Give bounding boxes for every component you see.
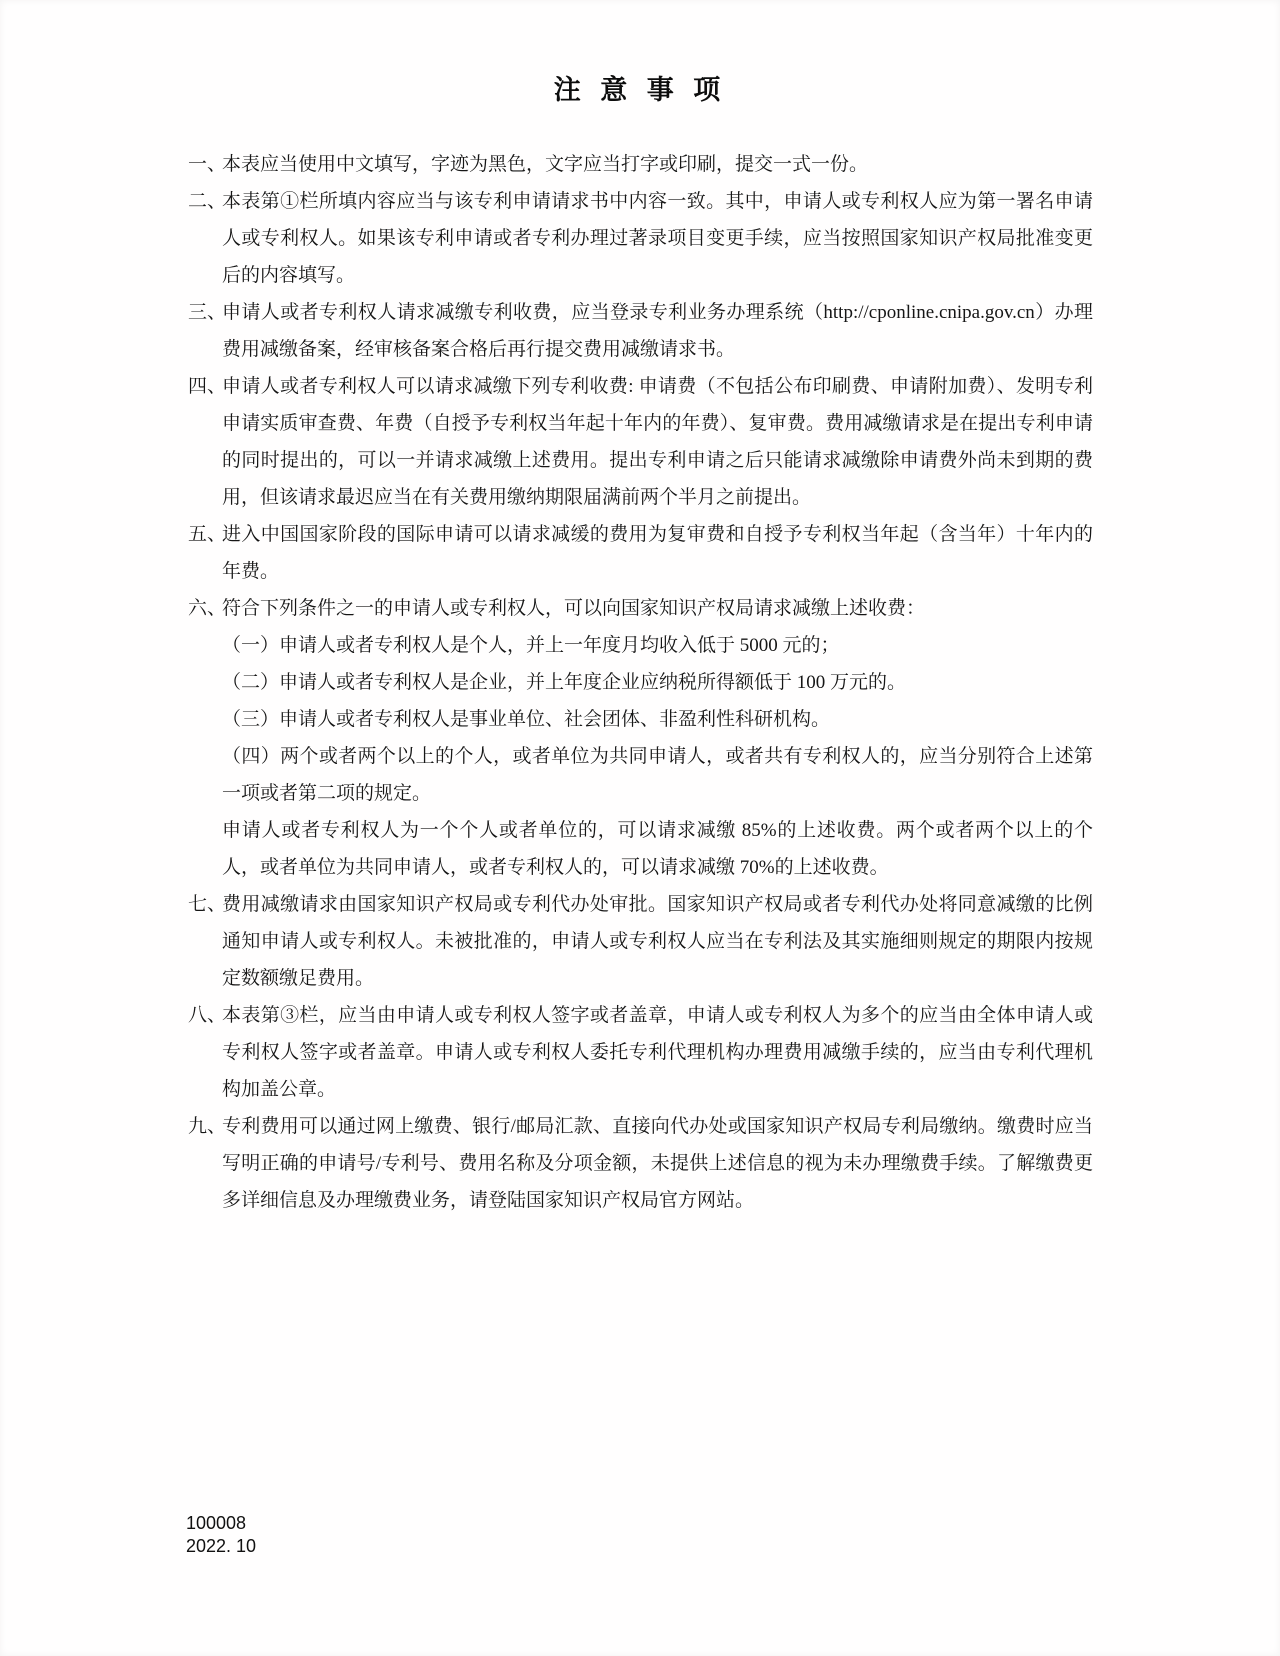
subitem-text: （三）申请人或者专利权人是事业单位、社会团体、非盈利性科研机构。 bbox=[222, 709, 830, 730]
notice-list: 一、本表应当使用中文填写，字迹为黑色，文字应当打字或印刷，提交一式一份。 二、本… bbox=[0, 146, 1280, 1219]
notice-page: 注 意 事 项 一、本表应当使用中文填写，字迹为黑色，文字应当打字或印刷，提交一… bbox=[0, 0, 1280, 1656]
item-text: 进入中国国家阶段的国际申请可以请求减缓的费用为复审费和自授予专利权当年起（含当年… bbox=[222, 524, 1093, 582]
notice-item-7: 七、费用减缴请求由国家知识产权局或专利代办处审批。国家知识产权局或者专利代办处将… bbox=[222, 886, 1093, 997]
form-footer: 100008 2022. 10 bbox=[186, 1512, 256, 1558]
item-number: 二、 bbox=[188, 183, 226, 220]
notice-item-6-sub-4: （四）两个或者两个以上的个人，或者单位为共同申请人，或者共有专利权人的，应当分别… bbox=[222, 738, 1093, 812]
notice-item-6-sub-3: （三）申请人或者专利权人是事业单位、社会团体、非盈利性科研机构。 bbox=[222, 701, 1093, 738]
form-code: 100008 bbox=[186, 1512, 256, 1535]
item-number: 四、 bbox=[188, 368, 226, 405]
item-number: 五、 bbox=[188, 516, 226, 553]
item-number: 一、 bbox=[188, 146, 226, 183]
item-text: 符合下列条件之一的申请人或专利权人，可以向国家知识产权局请求减缴上述收费： bbox=[222, 598, 925, 619]
item-text: 申请人或者专利权人请求减缴专利收费，应当登录专利业务办理系统（http://cp… bbox=[222, 302, 1093, 360]
page-title: 注 意 事 项 bbox=[0, 72, 1280, 108]
notice-item-5: 五、进入中国国家阶段的国际申请可以请求减缓的费用为复审费和自授予专利权当年起（含… bbox=[222, 516, 1093, 590]
item-text: 本表第③栏，应当由申请人或专利权人签字或者盖章，申请人或专利权人为多个的应当由全… bbox=[222, 1005, 1093, 1100]
notice-item-6-note: 申请人或者专利权人为一个个人或者单位的，可以请求减缴 85%的上述收费。两个或者… bbox=[222, 812, 1093, 886]
subitem-text: 申请人或者专利权人为一个个人或者单位的，可以请求减缴 85%的上述收费。两个或者… bbox=[222, 820, 1093, 878]
item-text: 本表第①栏所填内容应当与该专利申请请求书中内容一致。其中，申请人或专利权人应为第… bbox=[222, 191, 1093, 286]
item-number: 六、 bbox=[188, 590, 226, 627]
item-number: 八、 bbox=[188, 997, 226, 1034]
subitem-text: （二）申请人或者专利权人是企业，并上年度企业应纳税所得额低于 100 万元的。 bbox=[222, 672, 906, 693]
notice-item-2: 二、本表第①栏所填内容应当与该专利申请请求书中内容一致。其中，申请人或专利权人应… bbox=[222, 183, 1093, 294]
subitem-text: （四）两个或者两个以上的个人，或者单位为共同申请人，或者共有专利权人的，应当分别… bbox=[222, 746, 1093, 804]
notice-item-6-sub-2: （二）申请人或者专利权人是企业，并上年度企业应纳税所得额低于 100 万元的。 bbox=[222, 664, 1093, 701]
item-number: 七、 bbox=[188, 886, 226, 923]
item-number: 三、 bbox=[188, 294, 226, 331]
notice-item-6-sub-1: （一）申请人或者专利权人是个人，并上一年度月均收入低于 5000 元的； bbox=[222, 627, 1093, 664]
item-text: 本表应当使用中文填写，字迹为黑色，文字应当打字或印刷，提交一式一份。 bbox=[222, 154, 868, 175]
notice-item-3: 三、申请人或者专利权人请求减缴专利收费，应当登录专利业务办理系统（http://… bbox=[222, 294, 1093, 368]
subitem-text: （一）申请人或者专利权人是个人，并上一年度月均收入低于 5000 元的； bbox=[222, 635, 840, 656]
form-date: 2022. 10 bbox=[186, 1535, 256, 1558]
item-text: 专利费用可以通过网上缴费、银行/邮局汇款、直接向代办处或国家知识产权局专利局缴纳… bbox=[222, 1116, 1093, 1211]
item-text: 申请人或者专利权人可以请求减缴下列专利收费: 申请费（不包括公布印刷费、申请附加… bbox=[222, 376, 1093, 508]
notice-item-1: 一、本表应当使用中文填写，字迹为黑色，文字应当打字或印刷，提交一式一份。 bbox=[222, 146, 1093, 183]
notice-item-6: 六、符合下列条件之一的申请人或专利权人，可以向国家知识产权局请求减缴上述收费： bbox=[222, 590, 1093, 627]
item-text: 费用减缴请求由国家知识产权局或专利代办处审批。国家知识产权局或者专利代办处将同意… bbox=[222, 894, 1093, 989]
notice-item-8: 八、本表第③栏，应当由申请人或专利权人签字或者盖章，申请人或专利权人为多个的应当… bbox=[222, 997, 1093, 1108]
item-number: 九、 bbox=[188, 1108, 226, 1145]
notice-item-9: 九、专利费用可以通过网上缴费、银行/邮局汇款、直接向代办处或国家知识产权局专利局… bbox=[222, 1108, 1093, 1219]
notice-item-4: 四、申请人或者专利权人可以请求减缴下列专利收费: 申请费（不包括公布印刷费、申请… bbox=[222, 368, 1093, 516]
